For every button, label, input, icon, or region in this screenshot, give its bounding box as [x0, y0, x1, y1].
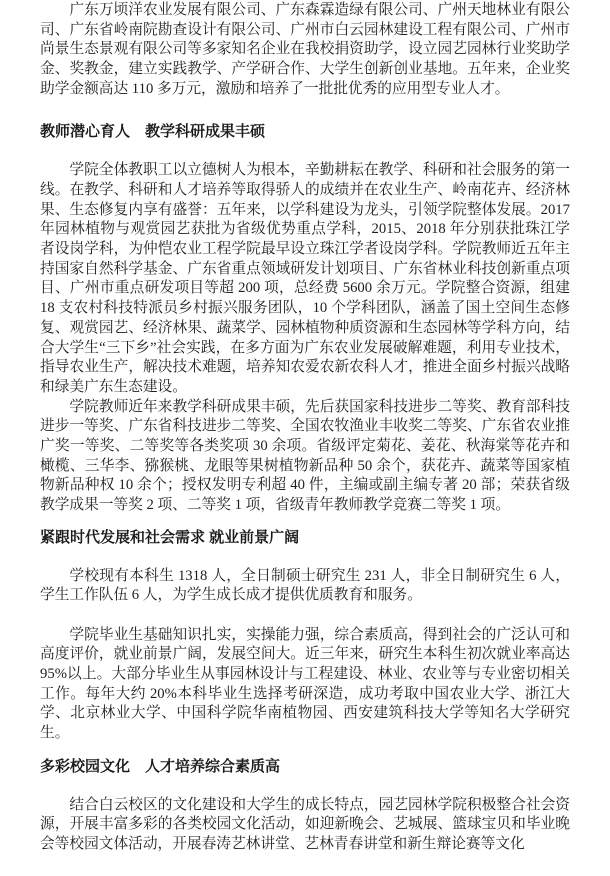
paragraph-graduate-employment: 学院毕业生基础知识扎实，实操能力强，综合素质高，得到社会的广泛认可和高度评价，就… — [40, 626, 570, 744]
paragraph-faculty-awards: 学院教师近年来教学科研成果丰硕，先后获国家科技进步二等奖、教育部科技进步一等奖、… — [40, 398, 570, 516]
paragraph-campus-culture: 结合白云校区的文化建设和大学生的成长特点，园艺园林学院积极整合社会资源，开展丰富… — [40, 796, 570, 855]
paragraph-student-numbers: 学校现有本科生 1318 人，全日制硕士研究生 231 人，非全日制研究生 6 … — [40, 567, 570, 606]
heading-teaching-research: 教师潜心育人 教学科研成果丰硕 — [40, 122, 570, 142]
heading-campus-culture: 多彩校园文化 人才培养综合素质高 — [40, 757, 570, 777]
heading-employment-prospects: 紧跟时代发展和社会需求 就业前景广阔 — [40, 528, 570, 548]
paragraph-faculty-overview: 学院全体教职工以立德树人为根本，辛勤耕耘在教学、科研和社会服务的第一线。在教学、… — [40, 161, 570, 397]
paragraph-sponsor-companies: 广东万顷洋农业发展有限公司、广东森霖造绿有限公司、广州天地林业有限公司、广东省岭… — [40, 1, 570, 100]
document-page: 广东万顷洋农业发展有限公司、广东森霖造绿有限公司、广州天地林业有限公司、广东省岭… — [0, 0, 610, 876]
